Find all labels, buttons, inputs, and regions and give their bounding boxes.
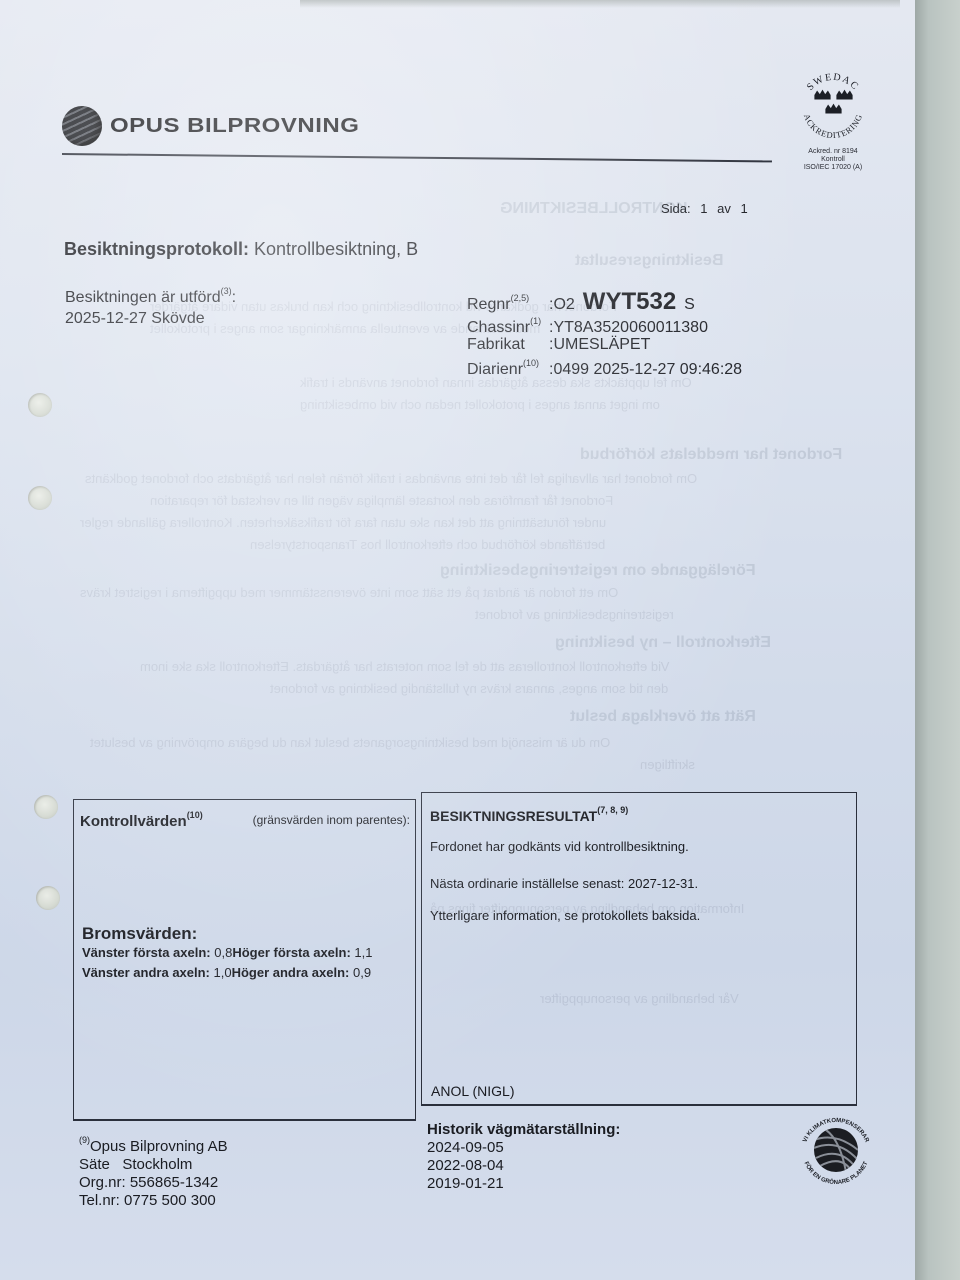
bleed-through-text: den tid som anges, annars krävs ny fulls… [270, 678, 668, 700]
punch-hole [28, 486, 52, 510]
climate-compensation-badge: VI KLIMATKOMPENSERAR FÖR EN GRÖNARE PLAN… [796, 1110, 876, 1190]
inspector-signature: ANOL (NIGL) [431, 1083, 515, 1099]
result-more-info: Ytterligare information, se protokollets… [430, 908, 700, 923]
page-number: Sida: 1 av 1 [661, 201, 748, 216]
chassinr-row: Chassinr(1) :YT8A3520060011380 [467, 316, 742, 336]
brake-values-title: Bromsvärden: [82, 924, 197, 944]
bleed-through-text: Om fordonet har allvarliga fel får det i… [85, 468, 697, 490]
bleed-through-text: om inget annat anges i protokollet nedan… [300, 394, 660, 416]
globe-icon: VI KLIMATKOMPENSERAR FÖR EN GRÖNARE PLAN… [796, 1110, 876, 1190]
control-values-title: Kontrollvärden(10) [80, 810, 203, 830]
bleed-through-heading: Besiktningsresultat [575, 250, 723, 272]
bleed-through-text: Fordonet får framföras den kortaste lämp… [150, 490, 613, 512]
odometer-history-title: Historik vägmätarställning: [427, 1121, 620, 1139]
phone-number: Tel.nr: 0775 500 300 [79, 1192, 228, 1210]
company-info: (9)Opus Bilprovning AB Säte Stockholm Or… [79, 1131, 228, 1210]
header-divider [62, 153, 772, 162]
swedac-crowns-icon: SWEDAC ACKREDITERING [793, 68, 873, 148]
punch-hole [28, 393, 52, 417]
globe-icon [62, 106, 102, 146]
seal-bottom-text: ACKREDITERING [802, 112, 864, 140]
bleed-through-text: Om ett fordon är ändrat på ett sätt som … [80, 582, 618, 604]
regnr-row: Regnr(2,5) : O2 WYT532 S [467, 288, 742, 316]
bleed-through-heading: Rätt att överklaga beslut [570, 706, 756, 728]
inspection-performed: Besiktningen är utförd(3): 2025-12-27 Sk… [65, 281, 236, 329]
bleed-through-text: under förutsättning att det kan ske utan… [80, 512, 606, 534]
brake-row-first-axle: Vänster första axeln: 0,8Höger första ax… [82, 945, 373, 960]
control-values-box: Kontrollvärden(10) (gränsvärden inom par… [73, 799, 416, 1121]
accreditation-caption: Ackred. nr 8194 Kontroll ISO/IEC 17020 (… [788, 148, 878, 172]
odometer-date: 2019-01-21 [427, 1175, 620, 1193]
brake-row-second-axle: Vänster andra axeln: 1,0Höger andra axel… [82, 965, 371, 980]
svg-text:SWEDAC: SWEDAC [805, 72, 861, 93]
result-status: Fordonet har godkänts vid kontrollbesikt… [430, 839, 689, 854]
result-title: BESIKTNINGSRESULTAT(7, 8, 9) [430, 805, 628, 824]
fabrikat-row: Fabrikat :UMESLÄPET [467, 336, 742, 356]
swedac-accreditation-seal: SWEDAC ACKREDITERING Ackred. nr 8194 Kon… [788, 68, 878, 172]
journal-number: 0499 2025-12-27 09:46:28 [553, 361, 742, 379]
svg-text:ACKREDITERING: ACKREDITERING [802, 112, 864, 140]
seal-top-text: SWEDAC [805, 72, 861, 93]
bleed-through-heading: Fordonet har meddelats körförbud [580, 444, 842, 466]
odometer-date: 2024-09-05 [427, 1139, 620, 1157]
inspection-result-box: BESIKTNINGSRESULTAT(7, 8, 9) Fordonet ha… [421, 792, 857, 1106]
result-next-inspection: Nästa ordinarie inställelse senast: 2027… [430, 876, 698, 891]
background-surface [915, 0, 960, 1280]
company-logo: OPUS BILPROVNING [62, 106, 359, 146]
bleed-through-text: registreringsbesiktning av fordonet [475, 604, 674, 626]
bleed-through-heading: KONTROLLBESIKTNING [500, 198, 688, 220]
bleed-through-text: skriftligen [640, 754, 695, 776]
org-number: Org.nr: 556865-1342 [79, 1174, 228, 1192]
bleed-through-text: Om du är missnöjd med besiktningsorganet… [90, 732, 610, 754]
bleed-through-text: beträffande körförbud och efterkontroll … [250, 534, 605, 556]
punch-hole [34, 795, 58, 819]
inspection-date-location: 2025-12-27 Skövde [65, 308, 236, 329]
bleed-through-heading: Föreläggande om registreringsbesiktning [440, 560, 756, 582]
registration-number: WYT532 [583, 288, 676, 316]
document-title: Besiktningsprotokoll: Kontrollbesiktning… [64, 239, 418, 260]
company-name: Opus Bilprovning AB [90, 1138, 228, 1155]
bleed-through-text: Vid efterkontroll kontrolleras att de fe… [140, 656, 669, 678]
diarienr-row: Diarienr(10) :0499 2025-12-27 09:46:28 [467, 358, 742, 378]
odometer-history: Historik vägmätarställning: 2024-09-05 2… [427, 1121, 620, 1193]
vehicle-info: Regnr(2,5) : O2 WYT532 S Chassinr(1) :YT… [467, 288, 742, 378]
punch-hole [36, 886, 60, 910]
control-values-note: (gränsvärden inom parentes): [253, 810, 410, 830]
company-logo-text: OPUS BILPROVNING [110, 114, 359, 138]
odometer-date: 2022-08-04 [427, 1157, 620, 1175]
bleed-through-heading: Efterkontroll – ny besiktning [555, 632, 771, 654]
document-page: KONTROLLBESIKTNING Besiktningsresultat F… [0, 0, 915, 1280]
chassis-number: YT8A3520060011380 [553, 319, 708, 337]
manufacturer: UMESLÄPET [553, 336, 650, 354]
paper-fold-shadow [300, 0, 900, 8]
